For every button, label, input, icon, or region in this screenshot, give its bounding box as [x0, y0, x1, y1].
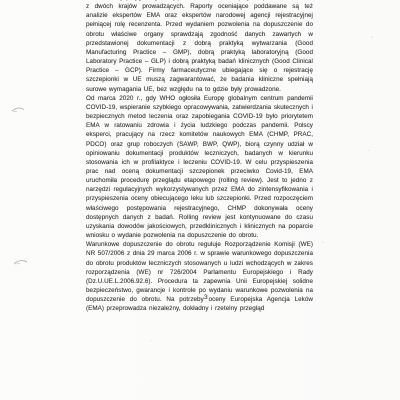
scan-speck: [367, 150, 370, 151]
document-text-block: dokumentacji przygotowywanej przez nieza…: [86, 0, 313, 313]
scan-speck: [322, 241, 324, 243]
scan-speck: [150, 340, 152, 342]
pen-mark-icon: [13, 257, 29, 266]
paragraph-covid-rolling-review: Od marca 2020 r., gdy WHO ogłosiła Europ…: [86, 94, 313, 241]
paragraph-conditional-authorisation: Warunkowe dopuszczenie do obrotu reguluj…: [86, 240, 313, 313]
page-number: 3: [204, 294, 208, 301]
paragraph-quality-review: z dwóch krajów prowadzących. Raporty oce…: [86, 2, 313, 94]
pen-mark-icon: [11, 105, 26, 113]
scan-speck: [371, 36, 373, 38]
scanned-document-page: dokumentacji przygotowywanej przez nieza…: [0, 0, 400, 400]
